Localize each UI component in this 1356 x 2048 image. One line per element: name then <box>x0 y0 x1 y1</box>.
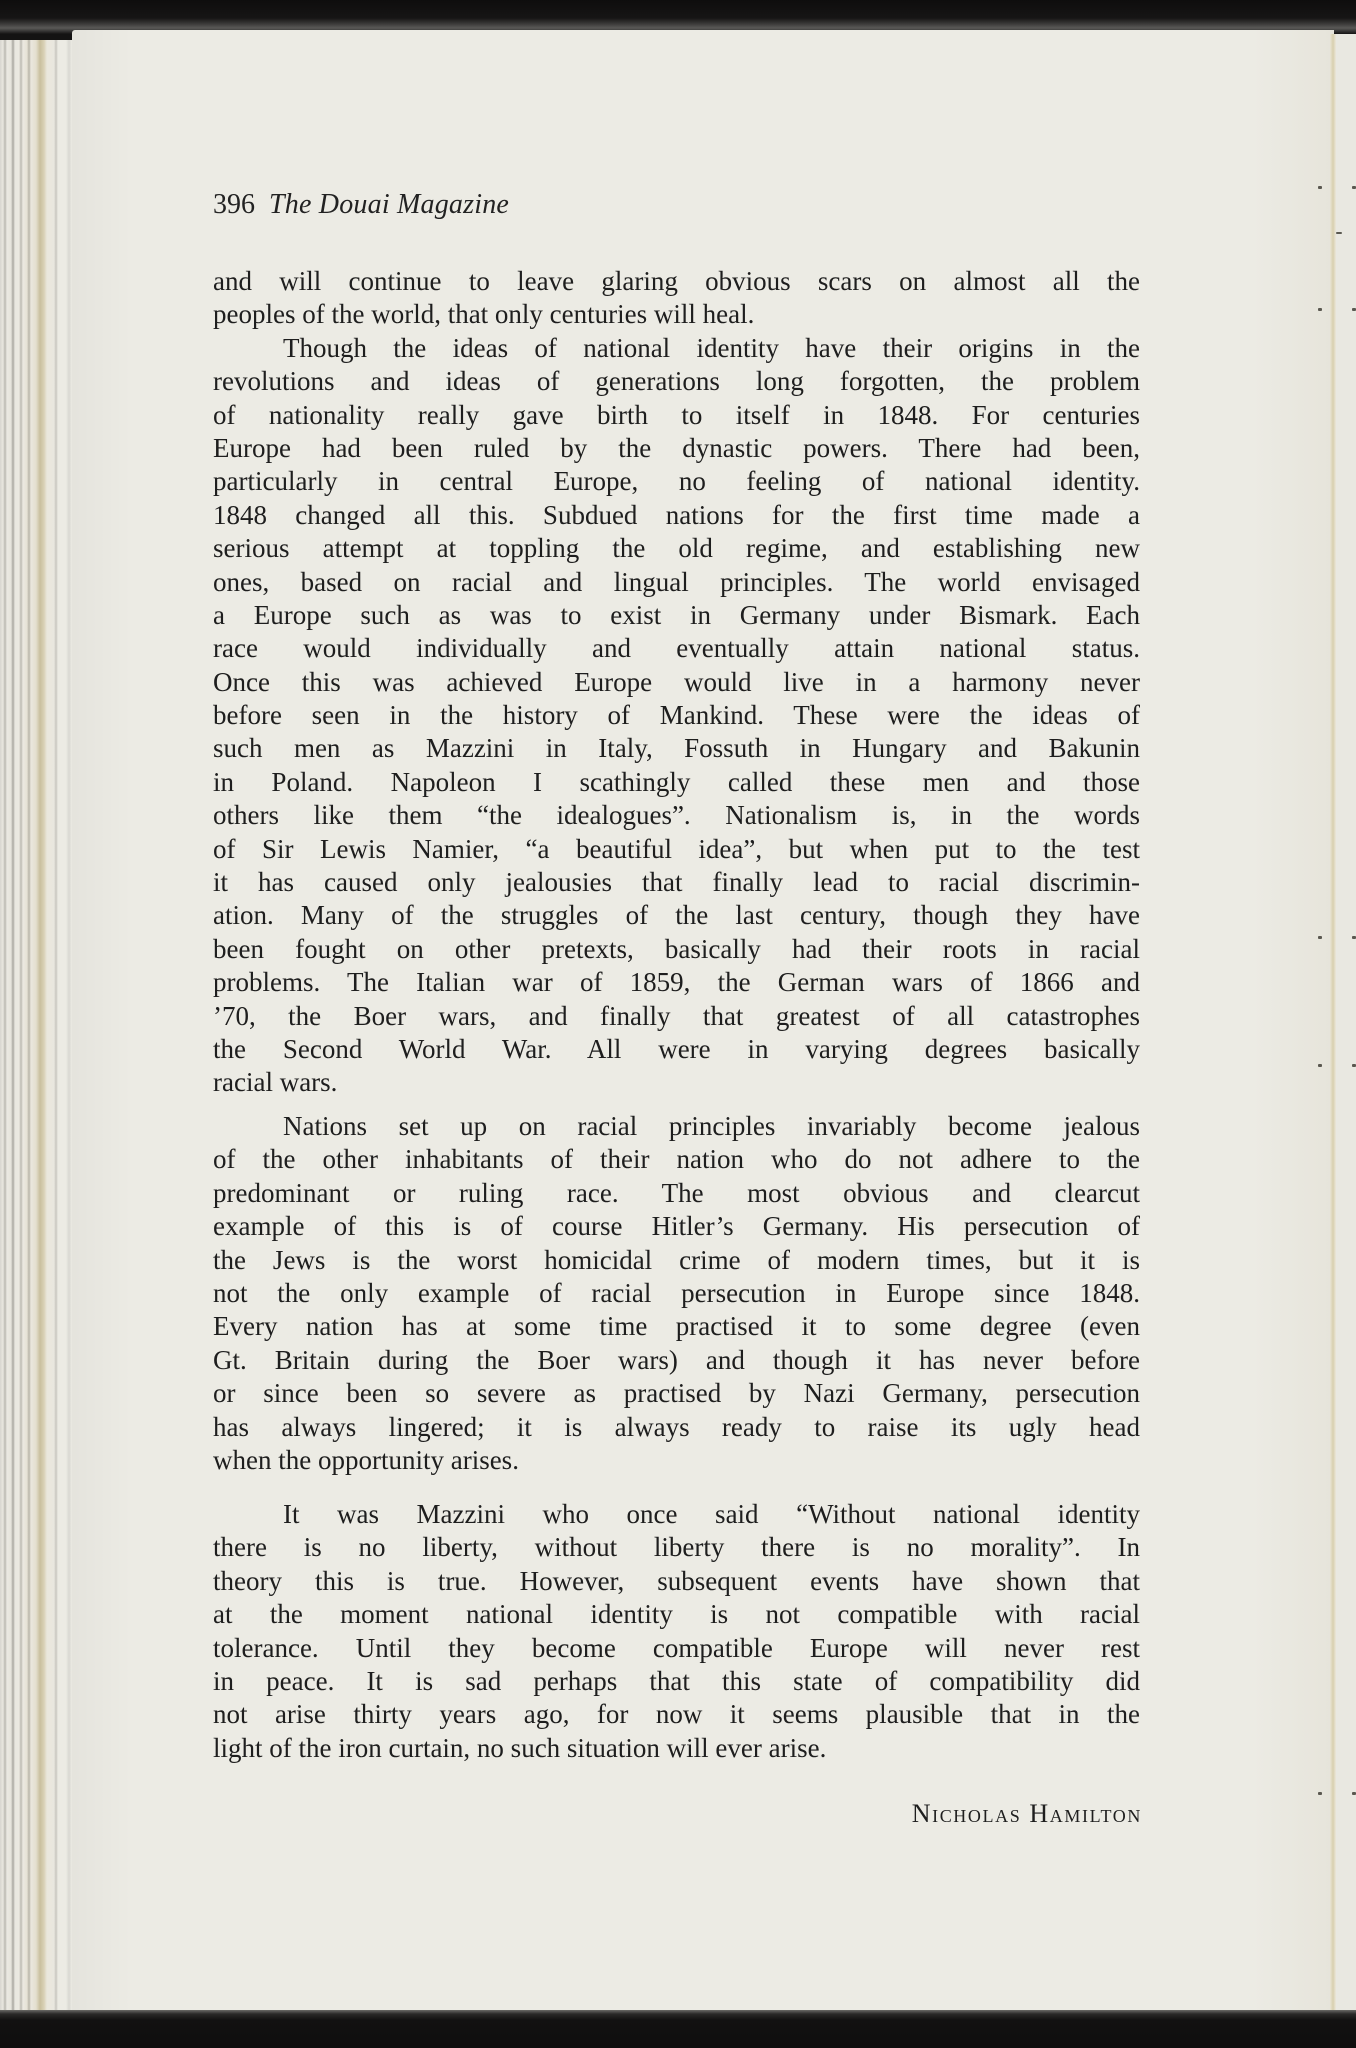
page-number: 396 <box>213 189 255 220</box>
text-line: such men as Mazzini in Italy, Fossuth in… <box>213 732 1140 765</box>
text-line: problems. The Italian war of 1859, the G… <box>213 966 1140 999</box>
scan-background-top <box>0 0 1356 34</box>
scan-background-bottom <box>0 2010 1356 2048</box>
text-line: a Europe such as was to exist in Germany… <box>213 599 1140 632</box>
text-line: ’70, the Boer wars, and finally that gre… <box>213 1000 1140 1033</box>
text-line: 1848 changed all this. Subdued nations f… <box>213 499 1140 532</box>
text-line: or since been so severe as practised by … <box>213 1377 1140 1410</box>
text-line: and will continue to leave glaring obvio… <box>213 265 1140 298</box>
text-line: not arise thirty years ago, for now it s… <box>213 1698 1140 1731</box>
text-line: Nations set up on racial principles inva… <box>213 1110 1140 1143</box>
text-line: race would individually and eventually a… <box>213 632 1140 665</box>
journal-title: The Douai Magazine <box>269 189 509 220</box>
text-line: racial wars. <box>213 1066 1140 1099</box>
stitch-mark-icon <box>1336 232 1342 234</box>
text-line: predominant or ruling race. The most obv… <box>213 1177 1140 1210</box>
stitch-mark-icon <box>1352 186 1356 189</box>
text-line: the Second World War. All were in varyin… <box>213 1033 1140 1066</box>
text-line: the Jews is the worst homicidal crime of… <box>213 1244 1140 1277</box>
text-line: It was Mazzini who once said “Without na… <box>213 1498 1140 1531</box>
text-line: in peace. It is sad perhaps that this st… <box>213 1665 1140 1698</box>
text-line: ation. Many of the struggles of the last… <box>213 899 1140 932</box>
text-line: tolerance. Until they become compatible … <box>213 1632 1140 1665</box>
text-line: not the only example of racial persecuti… <box>213 1277 1140 1310</box>
text-line: of the other inhabitants of their nation… <box>213 1143 1140 1176</box>
facing-page-edge <box>1336 34 1356 2010</box>
stitch-mark-icon <box>1318 308 1322 311</box>
paragraph-2: Nations set up on racial principles inva… <box>213 1110 1140 1477</box>
stitch-mark-icon <box>1352 1792 1356 1795</box>
text-line: Europe had been ruled by the dynastic po… <box>213 432 1140 465</box>
text-line: Though the ideas of national identity ha… <box>213 332 1140 365</box>
stitch-mark-icon <box>1318 1064 1322 1067</box>
stitch-mark-icon <box>1352 308 1356 311</box>
text-line: ones, based on racial and lingual princi… <box>213 566 1140 599</box>
text-line: of Sir Lewis Namier, “a beautiful idea”,… <box>213 833 1140 866</box>
text-line: of nationality really gave birth to itse… <box>213 399 1140 432</box>
stitch-mark-icon <box>1352 1064 1356 1067</box>
text-line: it has caused only jealousies that final… <box>213 866 1140 899</box>
text-line: Every nation has at some time practised … <box>213 1310 1140 1343</box>
text-line: particularly in central Europe, no feeli… <box>213 465 1140 498</box>
text-line: in Poland. Napoleon I scathingly called … <box>213 766 1140 799</box>
text-line: Gt. Britain during the Boer wars) and th… <box>213 1344 1140 1377</box>
text-line: Once this was achieved Europe would live… <box>213 666 1140 699</box>
text-line: there is no liberty, without liberty the… <box>213 1531 1140 1564</box>
text-line: been fought on other pretexts, basically… <box>213 933 1140 966</box>
text-line: serious attempt at toppling the old regi… <box>213 532 1140 565</box>
text-line: when the opportunity arises. <box>213 1444 1140 1477</box>
page-edge-stack <box>0 40 80 2012</box>
stitch-mark-icon <box>1352 936 1356 939</box>
text-line: peoples of the world, that only centurie… <box>213 298 1140 331</box>
running-head: 396The Douai Magazine <box>213 188 509 222</box>
text-line: at the moment national identity is not c… <box>213 1598 1140 1631</box>
author-signature: Nicholas Hamilton <box>838 1797 1142 1831</box>
paragraph-3: It was Mazzini who once said “Without na… <box>213 1498 1140 1765</box>
text-line: revolutions and ideas of generations lon… <box>213 365 1140 398</box>
text-line: before seen in the history of Mankind. T… <box>213 699 1140 732</box>
text-line: others like them “the idealogues”. Natio… <box>213 799 1140 832</box>
text-line: example of this is of course Hitler’s Ge… <box>213 1210 1140 1243</box>
text-line: has always lingered; it is always ready … <box>213 1411 1140 1444</box>
stitch-mark-icon <box>1318 186 1322 189</box>
stitch-mark-icon <box>1318 936 1322 939</box>
text-line: light of the iron curtain, no such situa… <box>213 1732 1140 1765</box>
text-line: theory this is true. However, subsequent… <box>213 1565 1140 1598</box>
stitch-mark-icon <box>1318 1792 1322 1795</box>
paragraph-1: and will continue to leave glaring obvio… <box>213 265 1140 1100</box>
